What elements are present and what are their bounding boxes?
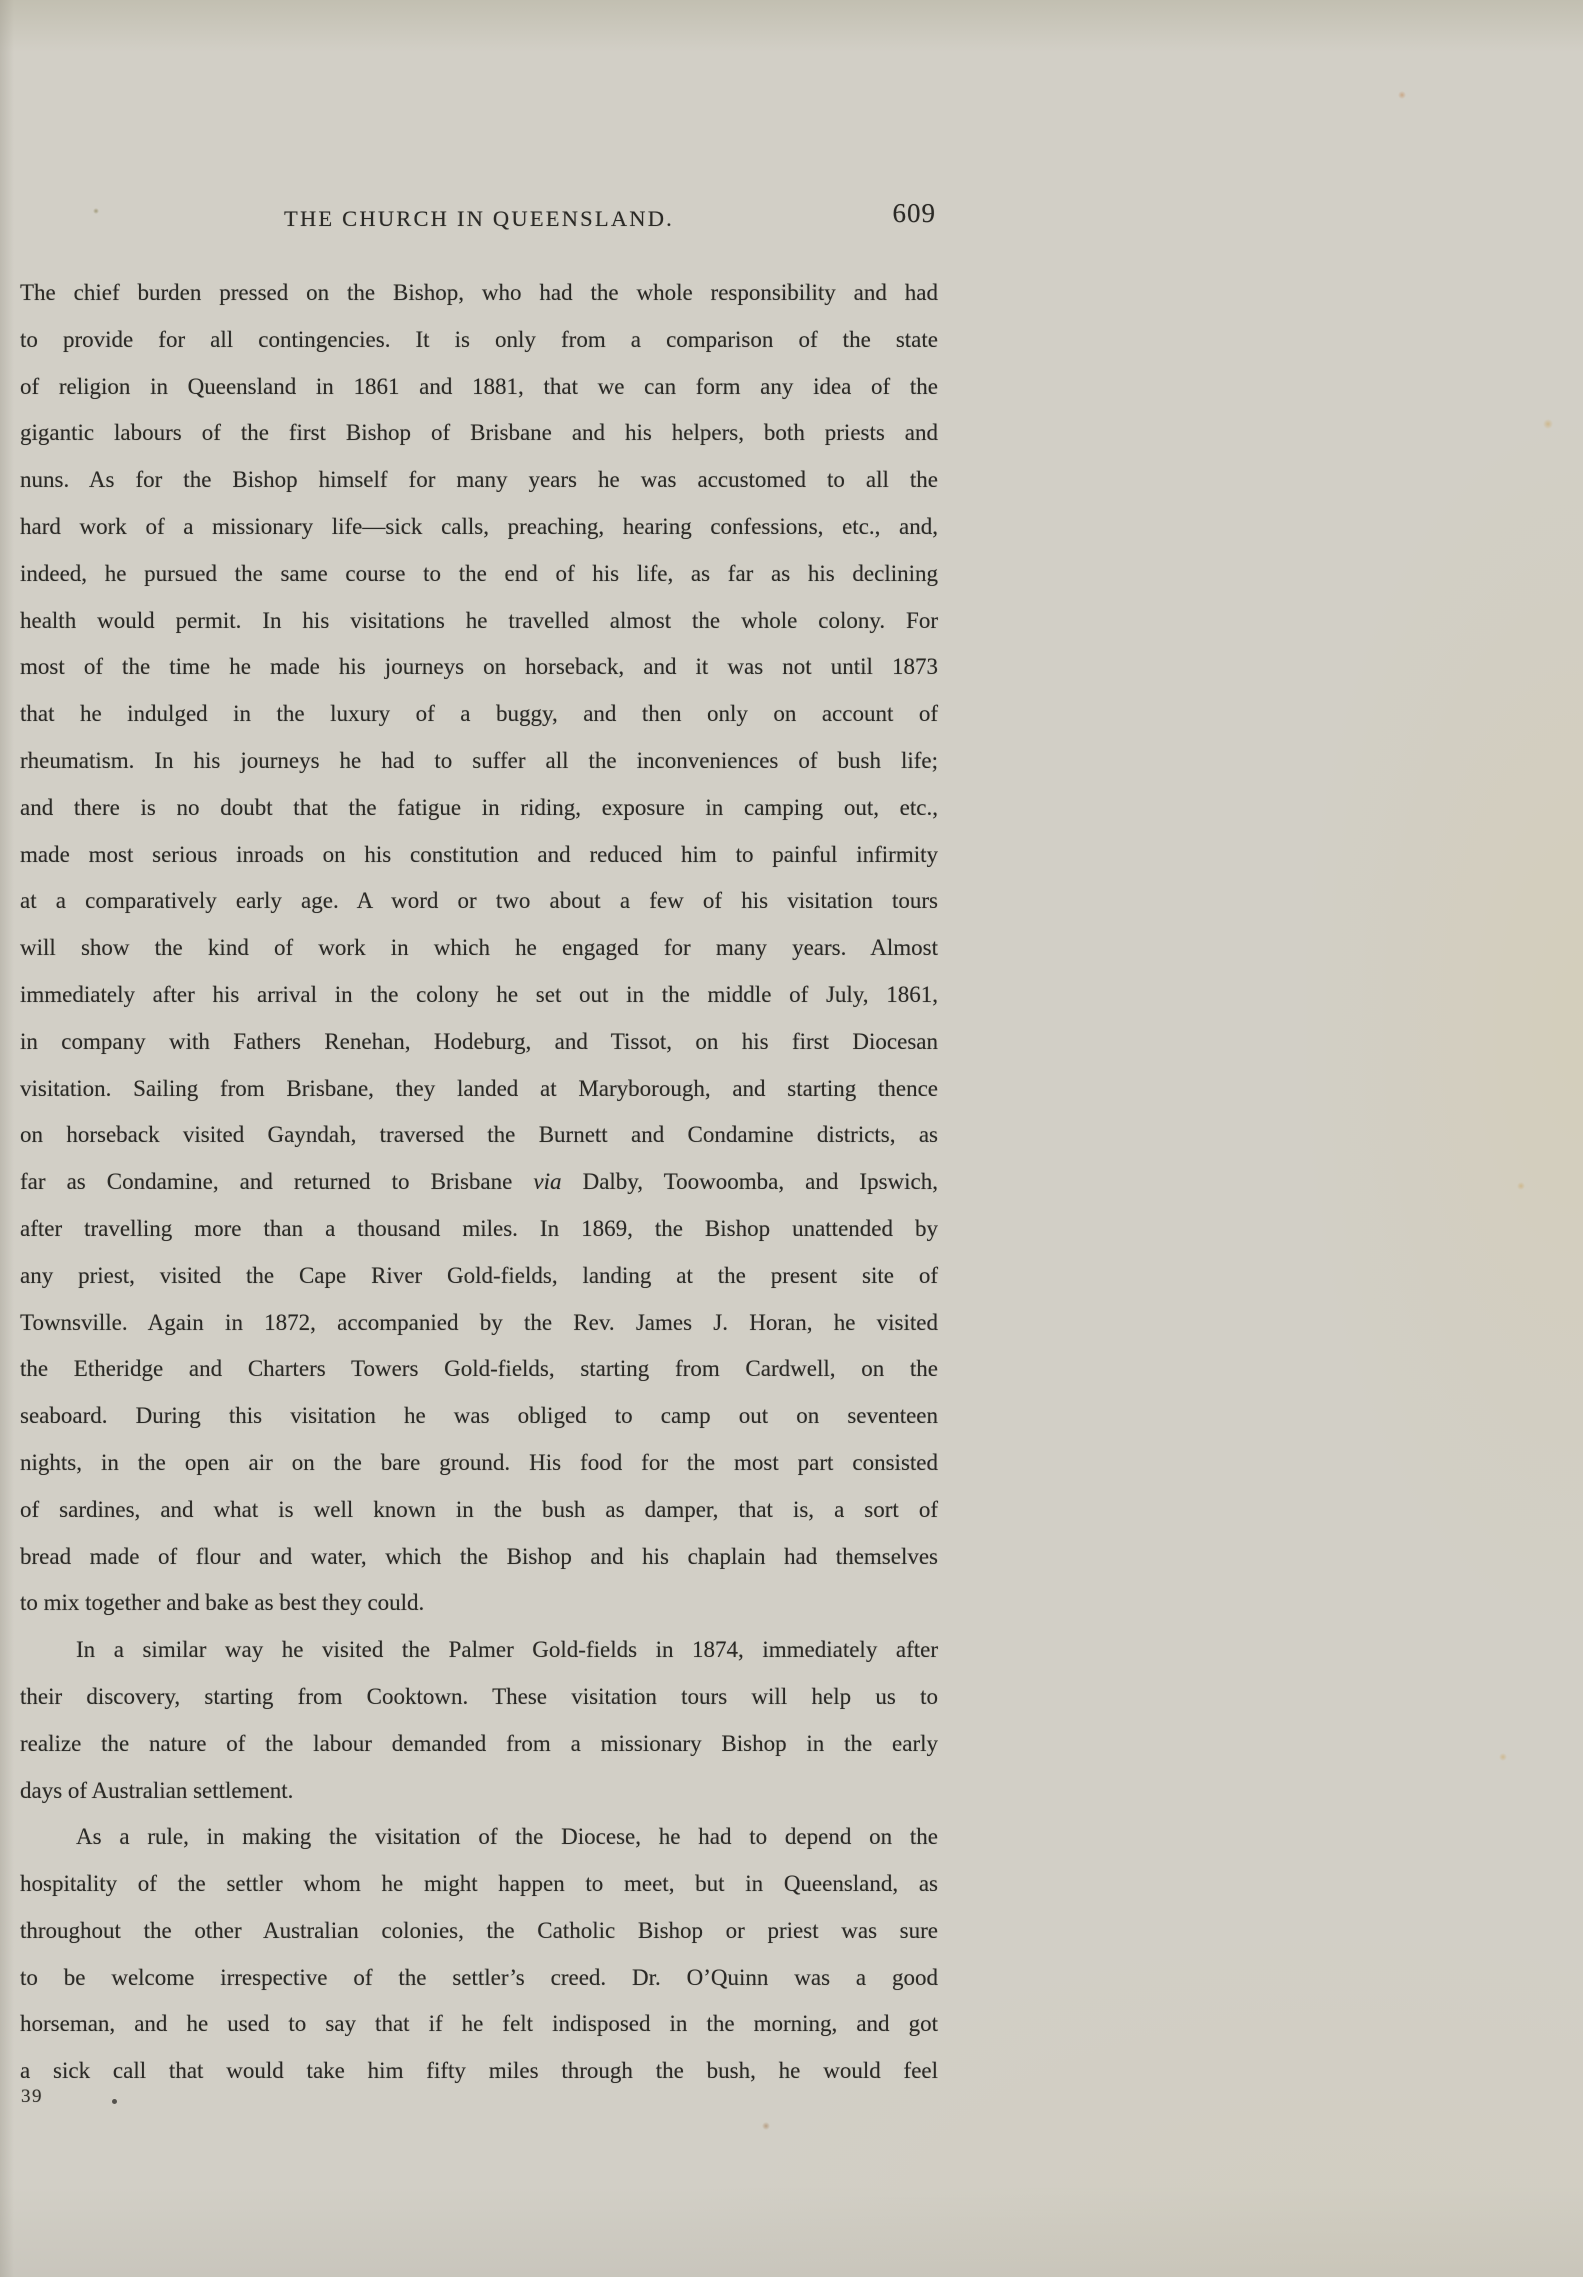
- text-line: In a similar way he visited the Palmer G…: [20, 1627, 938, 1674]
- text-line: nuns. As for the Bishop himself for many…: [20, 457, 938, 504]
- text-line: any priest, visited the Cape River Gold-…: [20, 1253, 938, 1300]
- text-line: in company with Fathers Renehan, Hodebur…: [20, 1019, 938, 1066]
- text-line: immediately after his arrival in the col…: [20, 972, 938, 1019]
- text-line: hard work of a missionary life—sick call…: [20, 504, 938, 551]
- page-header: THE CHURCH IN QUEENSLAND. 609: [20, 198, 938, 238]
- book-page-scan: { "page": { "colors": { "paper": "#d2cfc…: [0, 0, 1583, 2277]
- paragraph: In a similar way he visited the Palmer G…: [20, 1627, 938, 1814]
- text-line: Townsville. Again in 1872, accompanied b…: [20, 1300, 938, 1347]
- text-line: made most serious inroads on his constit…: [20, 832, 938, 879]
- text-line: bread made of flour and water, which the…: [20, 1534, 938, 1581]
- text-line: of religion in Queensland in 1861 and 18…: [20, 364, 938, 411]
- text-line: days of Australian settlement.: [20, 1768, 938, 1815]
- text-line: horseman, and he used to say that if he …: [20, 2001, 938, 2048]
- text-line: the Etheridge and Charters Towers Gold-f…: [20, 1346, 938, 1393]
- text-line: after travelling more than a thousand mi…: [20, 1206, 938, 1253]
- text-line: and there is no doubt that the fatigue i…: [20, 785, 938, 832]
- ink-dot: [112, 2099, 117, 2104]
- text-line: far as Condamine, and returned to Brisba…: [20, 1159, 938, 1206]
- text-line: to mix together and bake as best they co…: [20, 1580, 938, 1627]
- paragraph: As a rule, in making the visitation of t…: [20, 1814, 938, 2095]
- text-line: a sick call that would take him fifty mi…: [20, 2048, 938, 2095]
- text-line: seaboard. During this visitation he was …: [20, 1393, 938, 1440]
- text-line: that he indulged in the luxury of a bugg…: [20, 691, 938, 738]
- text-line: throughout the other Australian colonies…: [20, 1908, 938, 1955]
- text-line: realize the nature of the labour demande…: [20, 1721, 938, 1768]
- text-line: will show the kind of work in which he e…: [20, 925, 938, 972]
- text-line: their discovery, starting from Cooktown.…: [20, 1674, 938, 1721]
- text-line: on horseback visited Gayndah, traversed …: [20, 1112, 938, 1159]
- text-block: The chief burden pressed on the Bishop, …: [20, 270, 938, 2095]
- text-line: at a comparatively early age. A word or …: [20, 878, 938, 925]
- text-line: gigantic labours of the first Bishop of …: [20, 410, 938, 457]
- text-line: hospitality of the settler whom he might…: [20, 1861, 938, 1908]
- text-line: The chief burden pressed on the Bishop, …: [20, 270, 938, 317]
- text-line: As a rule, in making the visitation of t…: [20, 1814, 938, 1861]
- text-line: indeed, he pursued the same course to th…: [20, 551, 938, 598]
- text-line: visitation. Sailing from Brisbane, they …: [20, 1066, 938, 1113]
- signature-mark: 39: [21, 2086, 43, 2108]
- page-number: 609: [893, 198, 937, 229]
- text-line: to provide for all contingencies. It is …: [20, 317, 938, 364]
- running-header-title: THE CHURCH IN QUEENSLAND.: [20, 206, 938, 232]
- text-line: most of the time he made his journeys on…: [20, 644, 938, 691]
- paragraph: The chief burden pressed on the Bishop, …: [20, 270, 938, 1627]
- text-line: nights, in the open air on the bare grou…: [20, 1440, 938, 1487]
- text-line: rheumatism. In his journeys he had to su…: [20, 738, 938, 785]
- text-line: health would permit. In his visitations …: [20, 598, 938, 645]
- text-line: of sardines, and what is well known in t…: [20, 1487, 938, 1534]
- text-line: to be welcome irrespective of the settle…: [20, 1955, 938, 2002]
